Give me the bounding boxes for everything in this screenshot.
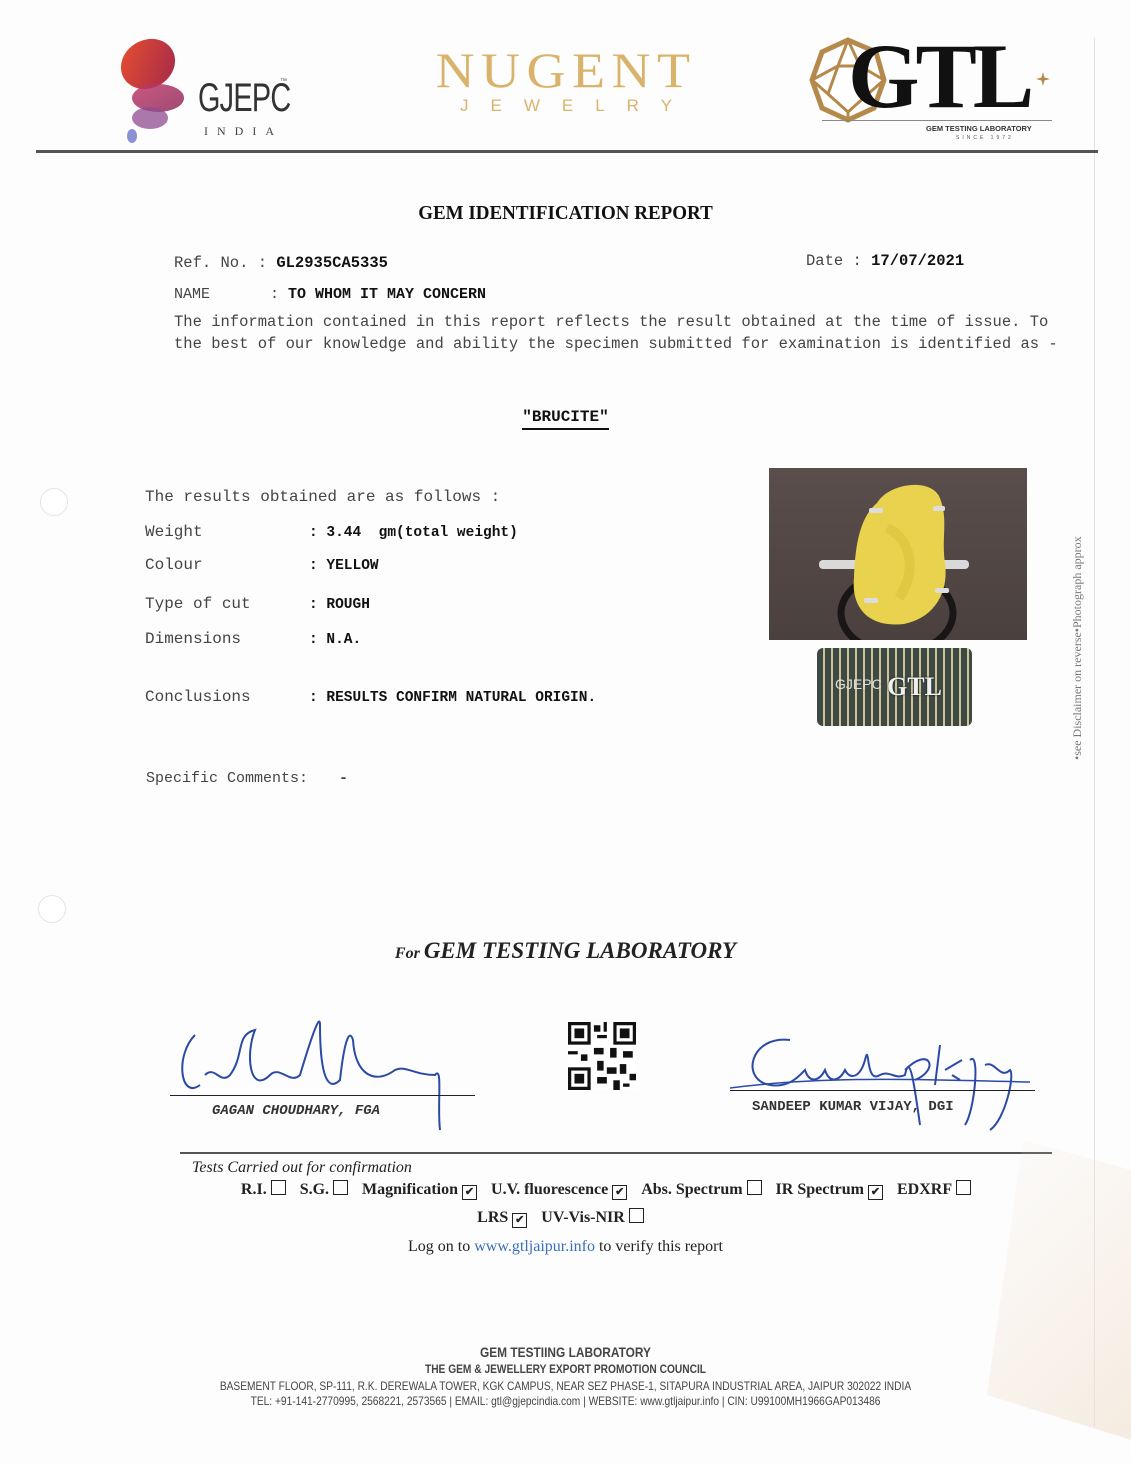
test-label: EDXRF [897, 1181, 952, 1198]
verify-link[interactable]: www.gtljaipur.info [474, 1238, 595, 1255]
result-value: : N.A. [309, 632, 361, 648]
result-value: : YELLOW [309, 558, 379, 574]
hologram-gtl: GTL [887, 672, 942, 702]
name-sep: : [270, 286, 279, 303]
recipient-name: NAME: TO WHOM IT MAY CONCERN [174, 286, 486, 303]
test-label: LRS [477, 1209, 508, 1226]
checkbox-checked[interactable]: ✔ [612, 1185, 627, 1200]
result-row-conclusions: Conclusions: RESULTS CONFIRM NATURAL ORI… [145, 688, 596, 706]
gtl-logo: GTL GEM TESTING LABORATORY SINCE 1972 [808, 36, 1058, 148]
report-title: GEM IDENTIFICATION REPORT [28, 202, 1102, 225]
signature-right [730, 1030, 1040, 1140]
verify-suffix: to verify this report [599, 1238, 723, 1255]
gjepc-name: GJEPC [198, 76, 290, 121]
tests-list-row2: LRS✔ UV-Vis-NIR [0, 1208, 1131, 1228]
test-ri: R.I. [241, 1180, 286, 1199]
result-label: Weight [145, 523, 309, 541]
checkbox-unchecked[interactable] [271, 1180, 286, 1195]
gtl-subtitle: GEM TESTING LABORATORY [926, 124, 1032, 133]
result-value: : ROUGH [309, 597, 370, 613]
ref-number: Ref. No. : GL2935CA5335 [174, 254, 388, 272]
header-divider [36, 150, 1098, 153]
date-label: Date : [806, 252, 862, 270]
result-value: : 3.44 gm(total weight) [309, 525, 518, 541]
hologram-seal: GJEPC GTL [817, 648, 972, 726]
signature-line-left [170, 1095, 475, 1096]
gem-name: "BRUCITE" [522, 408, 608, 430]
checkbox-checked[interactable]: ✔ [512, 1213, 527, 1228]
signer-right: SANDEEP KUMAR VIJAY, DGI [752, 1099, 954, 1115]
test-label: R.I. [241, 1181, 267, 1198]
name-label: NAME [174, 286, 270, 303]
result-label: Conclusions [145, 688, 309, 706]
checkbox-unchecked[interactable] [747, 1180, 762, 1195]
tests-list: R.I. S.G. Magnification✔ U.V. fluorescen… [0, 1180, 1131, 1200]
butterfly-icon [110, 36, 200, 146]
punch-hole [38, 895, 66, 923]
test-edxrf: EDXRF [897, 1180, 971, 1199]
checkbox-checked[interactable]: ✔ [868, 1185, 883, 1200]
comments-value: - [339, 770, 348, 787]
result-label: Type of cut [145, 595, 309, 613]
result-row-cut: Type of cut: ROUGH [145, 595, 370, 613]
name-value: TO WHOM IT MAY CONCERN [288, 286, 486, 303]
test-label: U.V. fluorescence [491, 1181, 608, 1198]
result-row-colour: Colour: YELLOW [145, 556, 379, 574]
ring-image [769, 468, 1027, 640]
test-label: Magnification [362, 1181, 458, 1198]
test-label: IR Spectrum [776, 1181, 864, 1198]
nugent-logo: NUGENT JEWELRY [406, 44, 726, 116]
footer-contact: TEL: +91-141-2770995, 2568221, 2573565 |… [85, 1394, 1046, 1408]
qr-code-icon[interactable] [568, 1022, 636, 1090]
test-ir-spectrum: IR Spectrum✔ [776, 1181, 883, 1200]
footer-lab-name: GEM TESTIING LABORATORY [85, 1344, 1046, 1360]
for-label: For [395, 945, 420, 962]
footer-address: BASEMENT FLOOR, SP-111, R.K. DEREWALA TO… [85, 1379, 1046, 1393]
gtl-since: SINCE 1972 [956, 135, 1014, 141]
test-sg: S.G. [300, 1180, 348, 1199]
tests-title: Tests Carried out for confirmation [192, 1159, 412, 1177]
signature-line-right [730, 1090, 1035, 1091]
gjepc-country: INDIA [204, 124, 283, 139]
checkbox-unchecked[interactable] [333, 1180, 348, 1195]
lab-name: GEM TESTING LABORATORY [424, 938, 736, 963]
signature-heading: For GEM TESTING LABORATORY [0, 938, 1131, 964]
report-date: Date : 17/07/2021 [806, 252, 964, 270]
tests-divider [180, 1152, 1052, 1154]
gem-photo [769, 468, 1027, 640]
gtl-name: GTL [848, 30, 1030, 122]
ref-label: Ref. No. : [174, 254, 267, 272]
verify-prefix: Log on to [408, 1238, 470, 1255]
test-label: Abs. Spectrum [641, 1181, 742, 1198]
intro-paragraph: The information contained in this report… [174, 311, 1064, 355]
result-value: : RESULTS CONFIRM NATURAL ORIGIN. [309, 690, 596, 706]
verify-line: Log on to www.gtljaipur.info to verify t… [0, 1238, 1131, 1256]
date-value: 17/07/2021 [871, 252, 964, 270]
test-magnification: Magnification✔ [362, 1181, 477, 1200]
test-label: UV-Vis-NIR [541, 1209, 625, 1226]
checkbox-unchecked[interactable] [956, 1180, 971, 1195]
punch-hole [40, 488, 68, 516]
test-label: S.G. [300, 1181, 329, 1198]
photo-disclaimer: •see Disclaimer on reverse•Photograph ap… [1070, 470, 1090, 760]
result-row-dimensions: Dimensions: N.A. [145, 630, 361, 648]
test-abs-spectrum: Abs. Spectrum [641, 1180, 761, 1199]
comments-label: Specific Comments: [146, 770, 308, 787]
ref-value: GL2935CA5335 [276, 254, 388, 272]
footer: GEM TESTIING LABORATORY THE GEM & JEWELL… [0, 1344, 1131, 1408]
identified-gem: "BRUCITE" [0, 408, 1131, 426]
footer-council: THE GEM & JEWELLERY EXPORT PROMOTION COU… [85, 1362, 1046, 1376]
gjepc-logo: GJEPC ™ INDIA [110, 36, 300, 146]
specific-comments: Specific Comments: - [146, 770, 348, 787]
sparkle-icon [1036, 72, 1050, 86]
test-uv-vis-nir: UV-Vis-NIR [541, 1208, 644, 1227]
gjepc-trademark: ™ [280, 78, 287, 85]
brand-name: NUGENT [393, 44, 739, 96]
result-row-weight: Weight: 3.44 gm(total weight) [145, 523, 518, 541]
results-intro: The results obtained are as follows : [145, 488, 500, 506]
checkbox-checked[interactable]: ✔ [462, 1185, 477, 1200]
result-label: Colour [145, 556, 309, 574]
hologram-gjepc: GJEPC [835, 676, 882, 692]
result-label: Dimensions [145, 630, 309, 648]
checkbox-unchecked[interactable] [629, 1208, 644, 1223]
test-uv-fluorescence: U.V. fluorescence✔ [491, 1181, 627, 1200]
test-lrs: LRS✔ [477, 1209, 527, 1228]
gtl-divider [822, 120, 1052, 121]
signer-left: GAGAN CHOUDHARY, FGA [212, 1103, 380, 1119]
brand-subtitle: JEWELRY [406, 96, 726, 116]
